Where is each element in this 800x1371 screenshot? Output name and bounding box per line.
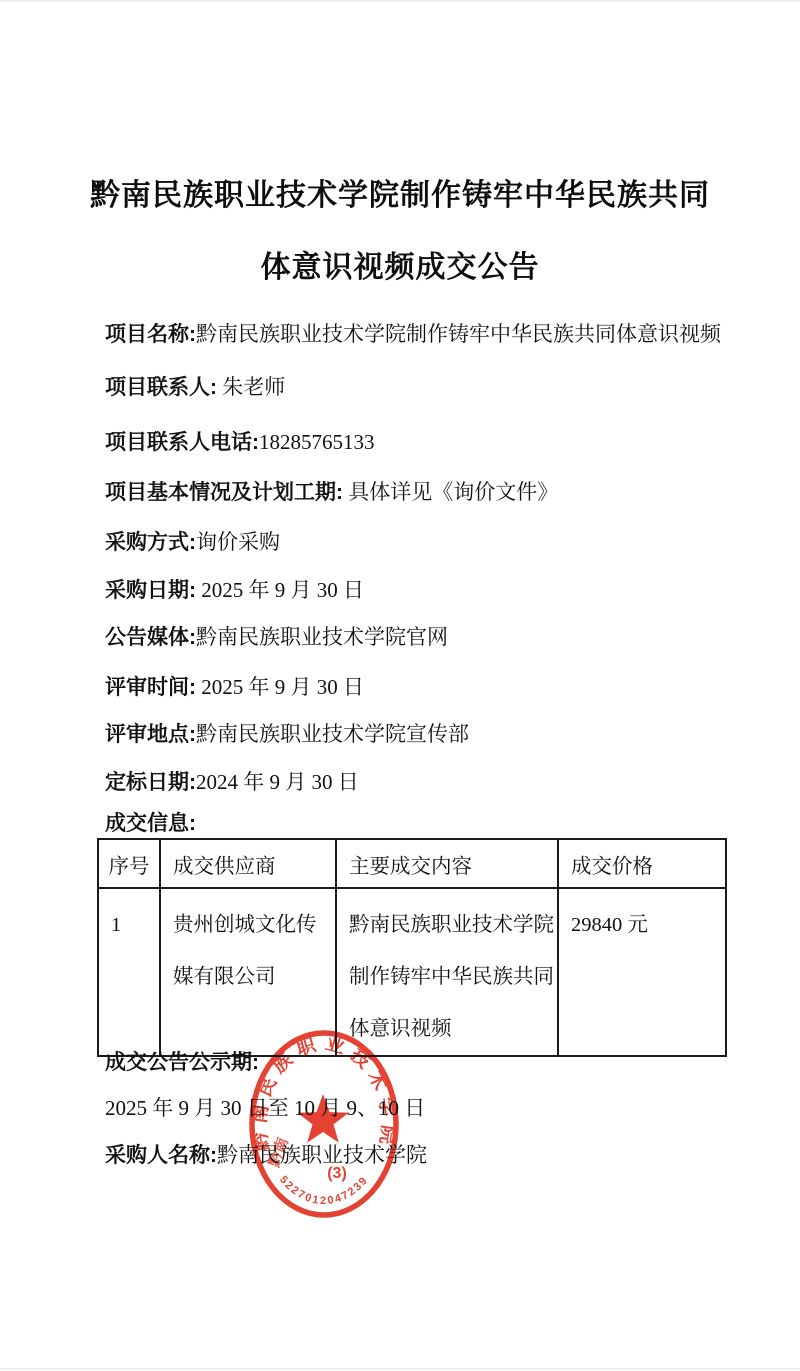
field-label: 项目名称: [105, 323, 196, 346]
cell-content: 黔南民族职业技术学院制作铸牢中华民族共同体意识视频 [336, 888, 558, 1056]
deal-info-table: 序号 成交供应商 主要成交内容 成交价格 1 贵州创城文化传媒有限公司 黔南民族… [97, 838, 727, 1057]
field-value: 18285765133 [259, 430, 375, 454]
publicity-period-value: 2025 年 9 月 30 日至 10 月 9、10 日 [105, 1094, 425, 1122]
header-serial-number: 序号 [98, 839, 160, 888]
field-label: 成交信息: [105, 812, 196, 835]
field-value: 2024 年 9 月 30 日 [196, 770, 359, 794]
header-content: 主要成交内容 [336, 839, 558, 888]
cell-serial-number: 1 [98, 888, 160, 1056]
field-announcement-media: 公告媒体:黔南民族职业技术学院官网 [105, 623, 448, 652]
field-label: 评审时间: [105, 676, 196, 699]
header-supplier: 成交供应商 [160, 839, 336, 888]
field-value: 2025 年 9 月 30 日 [196, 675, 364, 699]
field-value: 黔南民族职业技术学院制作铸牢中华民族共同体意识视频 [196, 322, 721, 346]
purchaser-value: 黔南民族职业技术学院 [217, 1143, 427, 1167]
field-value: 黔南民族职业技术学院宣传部 [196, 722, 469, 746]
scan-artifact-top [0, 0, 800, 2]
seal-code-digits: 5227012047239 [277, 1174, 371, 1207]
page-title-line-1: 黔南民族职业技术学院制作铸牢中华民族共同 [0, 170, 800, 214]
field-label: 公告媒体: [105, 626, 196, 649]
scan-artifact-bottom [0, 1368, 800, 1370]
publicity-period-label: 成交公告公示期: [105, 1048, 259, 1077]
field-label: 项目基本情况及计划工期: [105, 481, 343, 504]
field-review-place: 评审地点:黔南民族职业技术学院宣传部 [105, 720, 469, 749]
field-review-time: 评审时间: 2025 年 9 月 30 日 [105, 673, 364, 702]
field-project-overview: 项目基本情况及计划工期: 具体详见《询价文件》 [105, 478, 558, 507]
page-title-line-2: 体意识视频成交公告 [0, 242, 800, 286]
field-contact-phone: 项目联系人电话:18285765133 [105, 428, 375, 457]
field-contact-person: 项目联系人: 朱老师 [105, 373, 285, 402]
field-value: 黔南民族职业技术学院官网 [196, 625, 448, 649]
announcement-page: 黔南民族职业技术学院制作铸牢中华民族共同 体意识视频成交公告 项目名称:黔南民族… [0, 0, 800, 1371]
svg-text:5227012047239: 5227012047239 [277, 1174, 371, 1207]
field-label: 采购方式: [105, 531, 196, 554]
field-value: 具体详见《询价文件》 [343, 480, 558, 504]
field-procurement-method: 采购方式:询价采购 [105, 528, 280, 557]
purchaser-label: 采购人名称: [105, 1144, 217, 1167]
header-price: 成交价格 [558, 839, 726, 888]
field-label: 评审地点: [105, 723, 196, 746]
seal-ring [252, 1033, 396, 1215]
field-label: 采购日期: [105, 579, 196, 602]
table-header-row: 序号 成交供应商 主要成交内容 成交价格 [98, 839, 726, 888]
field-value: 2025 年 9 月 30 日 [196, 578, 364, 602]
field-deal-info-heading: 成交信息: [105, 809, 196, 838]
field-label: 定标日期: [105, 771, 196, 794]
table-row: 1 贵州创城文化传媒有限公司 黔南民族职业技术学院制作铸牢中华民族共同体意识视频… [98, 888, 726, 1056]
field-project-name: 项目名称:黔南民族职业技术学院制作铸牢中华民族共同体意识视频 [105, 320, 721, 349]
field-award-date: 定标日期:2024 年 9 月 30 日 [105, 768, 359, 797]
field-value: 询价采购 [196, 530, 280, 554]
field-value: 朱老师 [217, 375, 285, 399]
purchaser-line: 采购人名称:黔南民族职业技术学院 [105, 1141, 427, 1170]
field-label: 项目联系人电话: [105, 431, 259, 454]
cell-price: 29840 元 [558, 888, 726, 1056]
field-procurement-date: 采购日期: 2025 年 9 月 30 日 [105, 576, 364, 605]
field-label: 项目联系人: [105, 376, 217, 399]
cell-supplier: 贵州创城文化传媒有限公司 [160, 888, 336, 1056]
